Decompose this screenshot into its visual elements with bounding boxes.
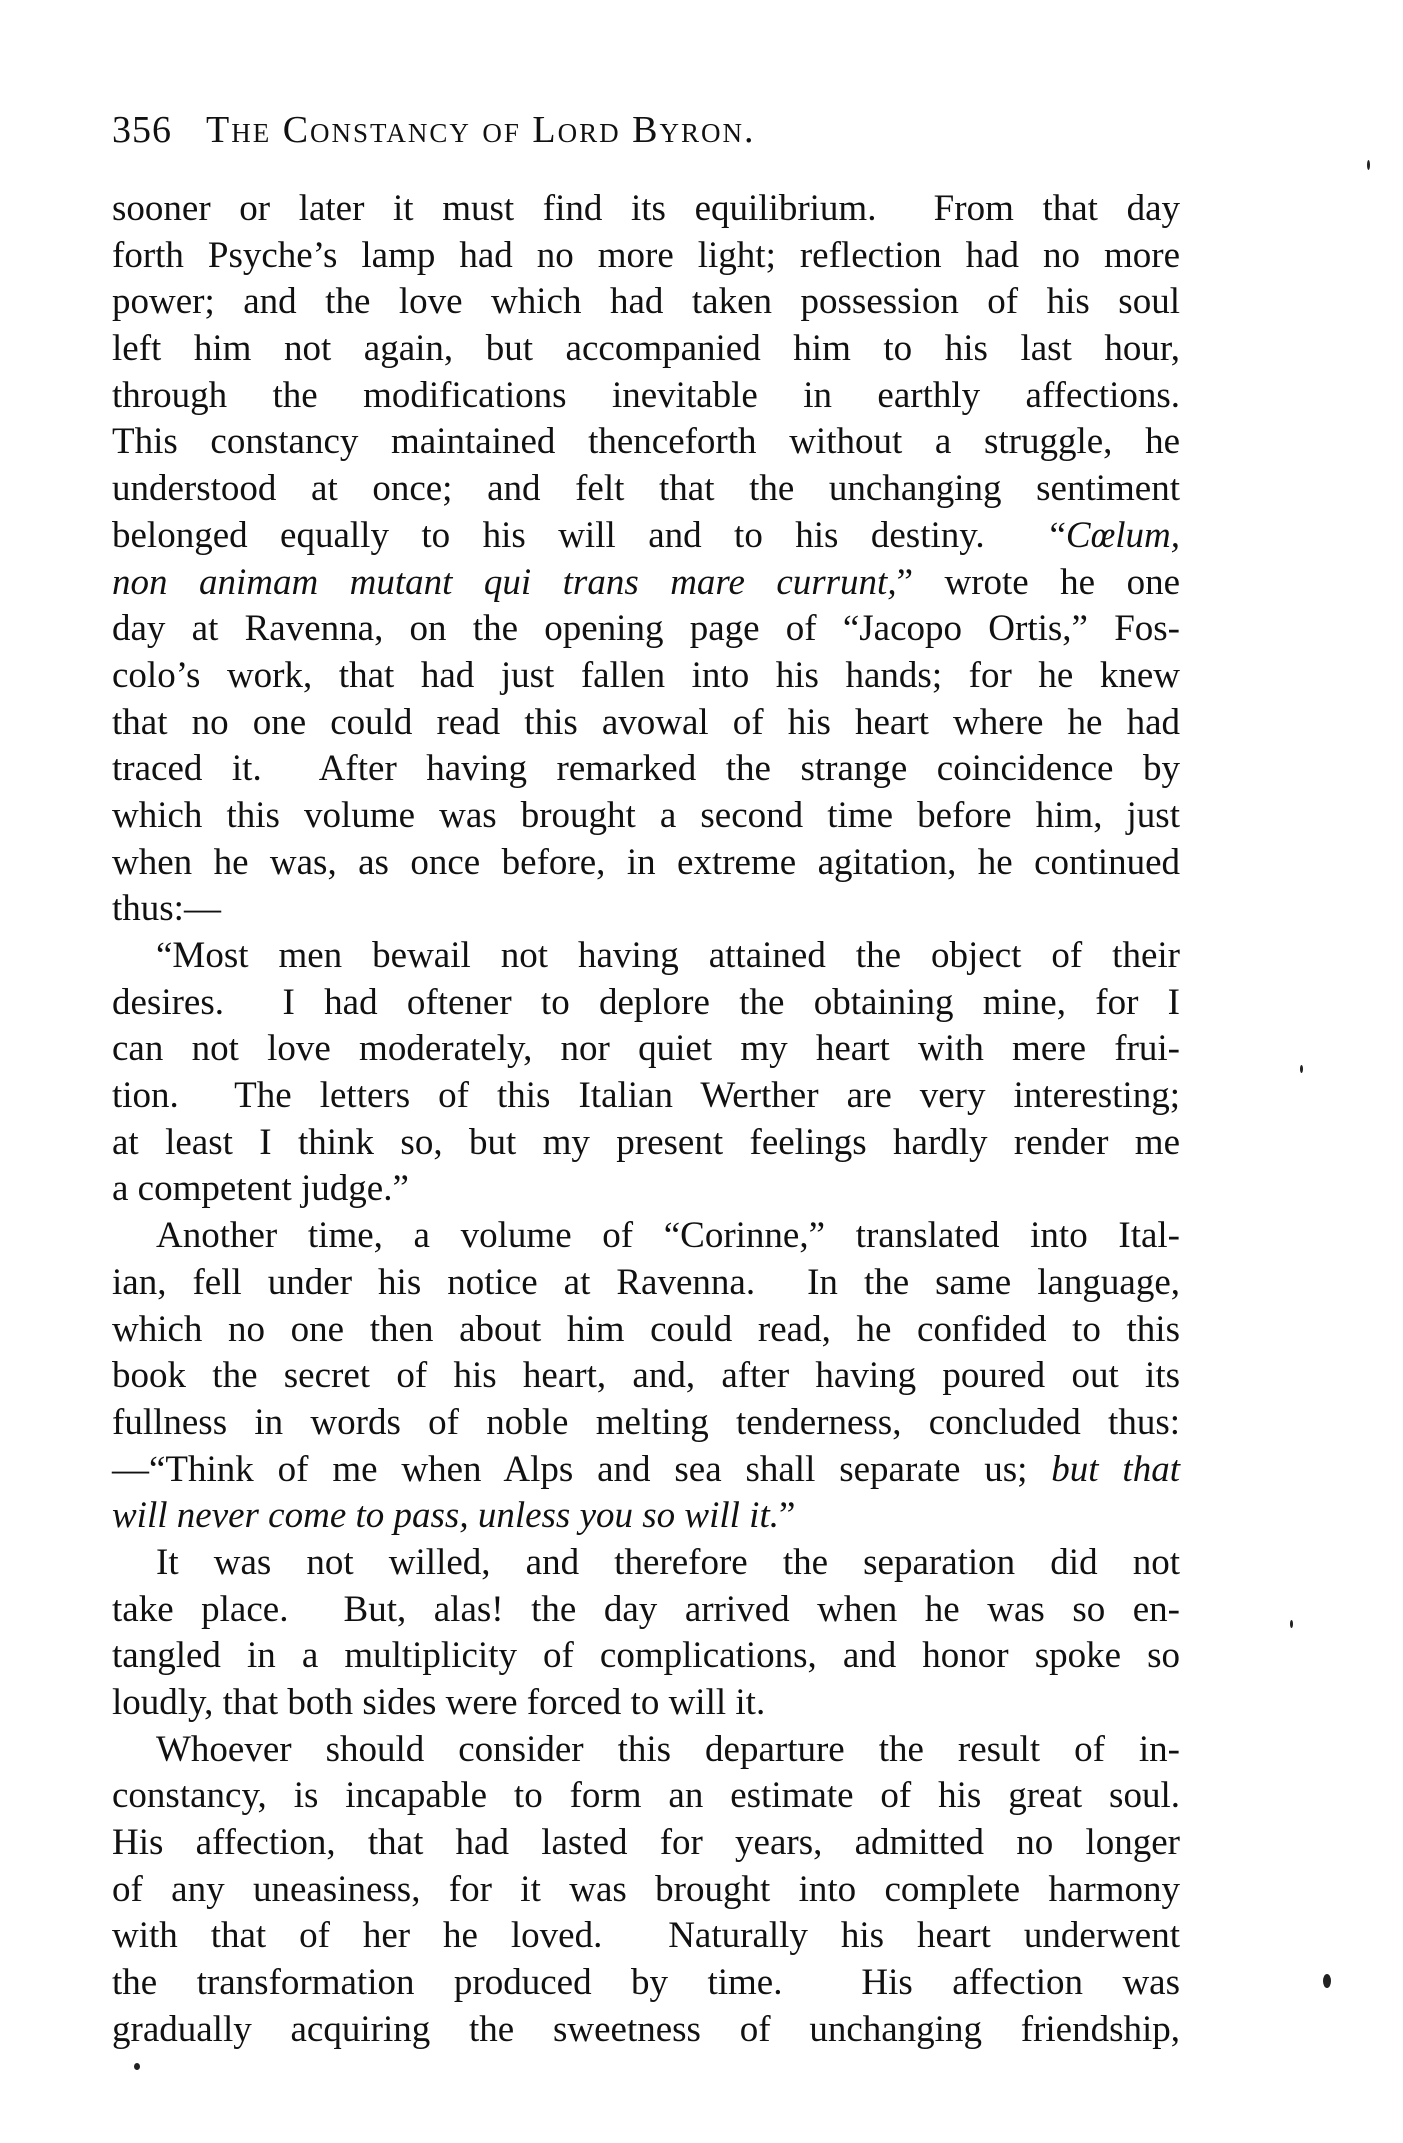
- line-text: left him not again, but accompanied him …: [112, 328, 1180, 369]
- line-text: a competent judge.”: [112, 1168, 409, 1209]
- text-line: day at Ravenna, on the opening page of “…: [112, 606, 1180, 653]
- text-line: This constancy maintained thenceforth wi…: [112, 419, 1180, 466]
- line-text: thus:—: [112, 888, 221, 929]
- line-text: with that of her he loved. Naturally his…: [112, 1915, 1180, 1956]
- text-line: loudly, that both sides were forced to w…: [112, 1680, 1180, 1727]
- text-line: can not love moderately, nor quiet my he…: [112, 1026, 1180, 1073]
- line-text: tangled in a multiplicity of complicatio…: [112, 1635, 1180, 1676]
- italic-text: will never come to pass, unless you so w…: [112, 1495, 779, 1536]
- line-text: power; and the love which had taken poss…: [112, 281, 1180, 322]
- line-text: at least I think so, but my present feel…: [112, 1122, 1180, 1163]
- line-text: ”: [779, 1495, 795, 1536]
- text-line: of any uneasiness, for it was brought in…: [112, 1867, 1180, 1914]
- line-text: fullness in words of noble melting tende…: [112, 1402, 1180, 1443]
- text-line: traced it. After having remarked the str…: [112, 746, 1180, 793]
- text-line: thus:—: [112, 886, 1180, 933]
- text-line: understood at once; and felt that the un…: [112, 466, 1180, 513]
- line-text: that no one could read this avowal of hi…: [112, 702, 1180, 743]
- book-page: 356 The Constancy of Lord Byron. sooner …: [0, 0, 1403, 2143]
- line-text: colo’s work, that had just fallen into h…: [112, 655, 1180, 696]
- text-line: sooner or later it must find its equilib…: [112, 186, 1180, 233]
- line-text: traced it. After having remarked the str…: [112, 748, 1180, 789]
- text-line: tangled in a multiplicity of complicatio…: [112, 1633, 1180, 1680]
- line-text: gradually acquiring the sweetness of unc…: [112, 2009, 1180, 2050]
- text-line: Another time, a volume of “Corinne,” tra…: [112, 1213, 1180, 1260]
- scan-speck: [1323, 1974, 1331, 1988]
- text-line: tion. The letters of this Italian Werthe…: [112, 1073, 1180, 1120]
- scan-speck: [1300, 1065, 1303, 1073]
- line-text: sooner or later it must find its equilib…: [112, 188, 1180, 229]
- text-line: left him not again, but accompanied him …: [112, 326, 1180, 373]
- line-text: book the secret of his heart, and, after…: [112, 1355, 1180, 1396]
- line-text: when he was, as once before, in extreme …: [112, 842, 1180, 883]
- line-text: “Most men bewail not having attained the…: [156, 935, 1180, 976]
- page-number: 356: [112, 108, 172, 152]
- text-line: will never come to pass, unless you so w…: [112, 1493, 1180, 1540]
- line-text: His affection, that had lasted for years…: [112, 1822, 1180, 1863]
- text-line: colo’s work, that had just fallen into h…: [112, 653, 1180, 700]
- text-line: constancy, is incapable to form an estim…: [112, 1773, 1180, 1820]
- text-line: with that of her he loved. Naturally his…: [112, 1913, 1180, 1960]
- text-line: which this volume was brought a second t…: [112, 793, 1180, 840]
- text-line: forth Psyche’s lamp had no more light; r…: [112, 233, 1180, 280]
- line-text: take place. But, alas! the day arrived w…: [112, 1589, 1180, 1630]
- line-text: ” wrote he one: [897, 562, 1180, 603]
- text-line: His affection, that had lasted for years…: [112, 1820, 1180, 1867]
- line-text: day at Ravenna, on the opening page of “…: [112, 608, 1180, 649]
- line-text: loudly, that both sides were forced to w…: [112, 1682, 765, 1723]
- running-header: 356 The Constancy of Lord Byron.: [112, 108, 1112, 158]
- text-line: that no one could read this avowal of hi…: [112, 700, 1180, 747]
- line-text: understood at once; and felt that the un…: [112, 468, 1180, 509]
- line-text: which this volume was brought a second t…: [112, 795, 1180, 836]
- text-line: belonged equally to his will and to his …: [112, 513, 1180, 560]
- text-line: fullness in words of noble melting tende…: [112, 1400, 1180, 1447]
- line-text: of any uneasiness, for it was brought in…: [112, 1869, 1180, 1910]
- text-line: “Most men bewail not having attained the…: [112, 933, 1180, 980]
- text-line: a competent judge.”: [112, 1166, 1180, 1213]
- line-text: forth Psyche’s lamp had no more light; r…: [112, 235, 1180, 276]
- running-title: The Constancy of Lord Byron.: [206, 108, 755, 152]
- body-text: sooner or later it must find its equilib…: [112, 186, 1180, 2054]
- text-line: power; and the love which had taken poss…: [112, 279, 1180, 326]
- line-text: which no one then about him could read, …: [112, 1309, 1180, 1350]
- line-text: desires. I had oftener to deplore the ob…: [112, 982, 1180, 1023]
- text-line: non animam mutant qui trans mare currunt…: [112, 560, 1180, 607]
- line-text: This constancy maintained thenceforth wi…: [112, 421, 1180, 462]
- text-line: at least I think so, but my present feel…: [112, 1120, 1180, 1167]
- line-text: the transformation produced by time. His…: [112, 1962, 1180, 2003]
- text-line: when he was, as once before, in extreme …: [112, 840, 1180, 887]
- line-text: can not love moderately, nor quiet my he…: [112, 1028, 1180, 1069]
- line-text: tion. The letters of this Italian Werthe…: [112, 1075, 1180, 1116]
- text-line: take place. But, alas! the day arrived w…: [112, 1587, 1180, 1634]
- line-text: belonged equally to his will and to his …: [112, 515, 1066, 556]
- italic-text: but that: [1051, 1449, 1180, 1490]
- italic-text: non animam mutant qui trans mare currunt…: [112, 562, 897, 603]
- text-line: Whoever should consider this departure t…: [112, 1727, 1180, 1774]
- text-line: through the modifications inevitable in …: [112, 373, 1180, 420]
- text-line: —“Think of me when Alps and sea shall se…: [112, 1447, 1180, 1494]
- text-line: the transformation produced by time. His…: [112, 1960, 1180, 2007]
- scan-speck: [1290, 1620, 1293, 1628]
- italic-text: Cœlum,: [1066, 515, 1180, 556]
- line-text: It was not willed, and therefore the sep…: [156, 1542, 1180, 1583]
- line-text: constancy, is incapable to form an estim…: [112, 1775, 1180, 1816]
- text-line: gradually acquiring the sweetness of unc…: [112, 2007, 1180, 2054]
- line-text: —“Think of me when Alps and sea shall se…: [112, 1449, 1051, 1490]
- scan-speck: [134, 2063, 140, 2070]
- line-text: Another time, a volume of “Corinne,” tra…: [156, 1215, 1180, 1256]
- text-line: It was not willed, and therefore the sep…: [112, 1540, 1180, 1587]
- text-line: desires. I had oftener to deplore the ob…: [112, 980, 1180, 1027]
- text-line: which no one then about him could read, …: [112, 1307, 1180, 1354]
- line-text: through the modifications inevitable in …: [112, 375, 1180, 416]
- scan-speck: [1367, 160, 1370, 170]
- line-text: Whoever should consider this departure t…: [156, 1729, 1180, 1770]
- line-text: ian, fell under his notice at Ravenna. I…: [112, 1262, 1180, 1303]
- text-line: book the secret of his heart, and, after…: [112, 1353, 1180, 1400]
- text-line: ian, fell under his notice at Ravenna. I…: [112, 1260, 1180, 1307]
